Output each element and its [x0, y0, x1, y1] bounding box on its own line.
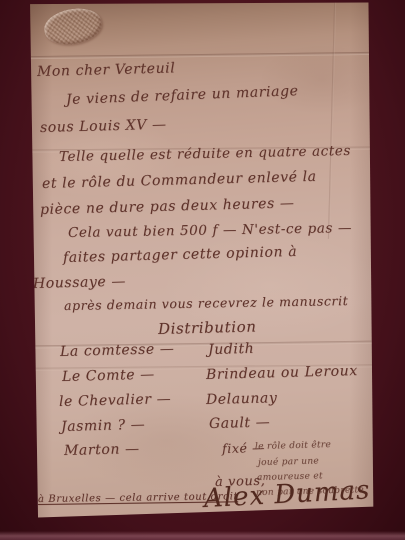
distribution-title: Distribution	[158, 317, 257, 338]
role-name: La comtesse —	[60, 341, 175, 360]
role-name: Le Comte —	[62, 367, 155, 385]
letter-line: Houssaye —	[33, 274, 126, 292]
fold-crease	[26, 52, 376, 59]
letter-line: faites partager cette opinion à	[63, 244, 298, 266]
letter-line: Cela vaut bien 500 f — N'est-ce pas —	[68, 220, 352, 241]
letter-photograph: Mon cher Verteuil Je viens de refaire un…	[0, 0, 405, 540]
role-name: le Chevalier —	[59, 391, 172, 410]
salutation: Mon cher Verteuil	[37, 60, 176, 80]
role-name: Jasmin ? —	[61, 417, 146, 435]
actor-name: Gault —	[209, 414, 271, 432]
background-bottom-edge	[0, 531, 405, 540]
vertical-fold-crease	[328, 2, 336, 239]
role-name: Marton —	[64, 441, 140, 459]
letter-line: et le rôle du Commandeur enlevé la	[42, 169, 317, 192]
margin-note-line: le rôle doit être	[255, 440, 331, 452]
actor-name: Brindeau ou Leroux	[206, 363, 358, 383]
letter-line: pièce ne dure pas deux heures —	[40, 195, 295, 218]
letter-line: Telle quelle est réduite en quatre actes	[59, 143, 351, 165]
actor-name: Delaunay	[206, 390, 278, 408]
letter-line: après demain vous recevrez le manuscrit	[64, 293, 349, 313]
letter-paper: Mon cher Verteuil Je viens de refaire un…	[28, 2, 374, 518]
margin-note-line: joué par une	[258, 456, 319, 468]
letter-line: Je viens de refaire un mariage	[66, 83, 299, 108]
actor-name: Judith	[208, 341, 255, 358]
letter-line: sous Louis XV —	[40, 117, 167, 136]
embossed-seal-icon	[41, 4, 104, 49]
